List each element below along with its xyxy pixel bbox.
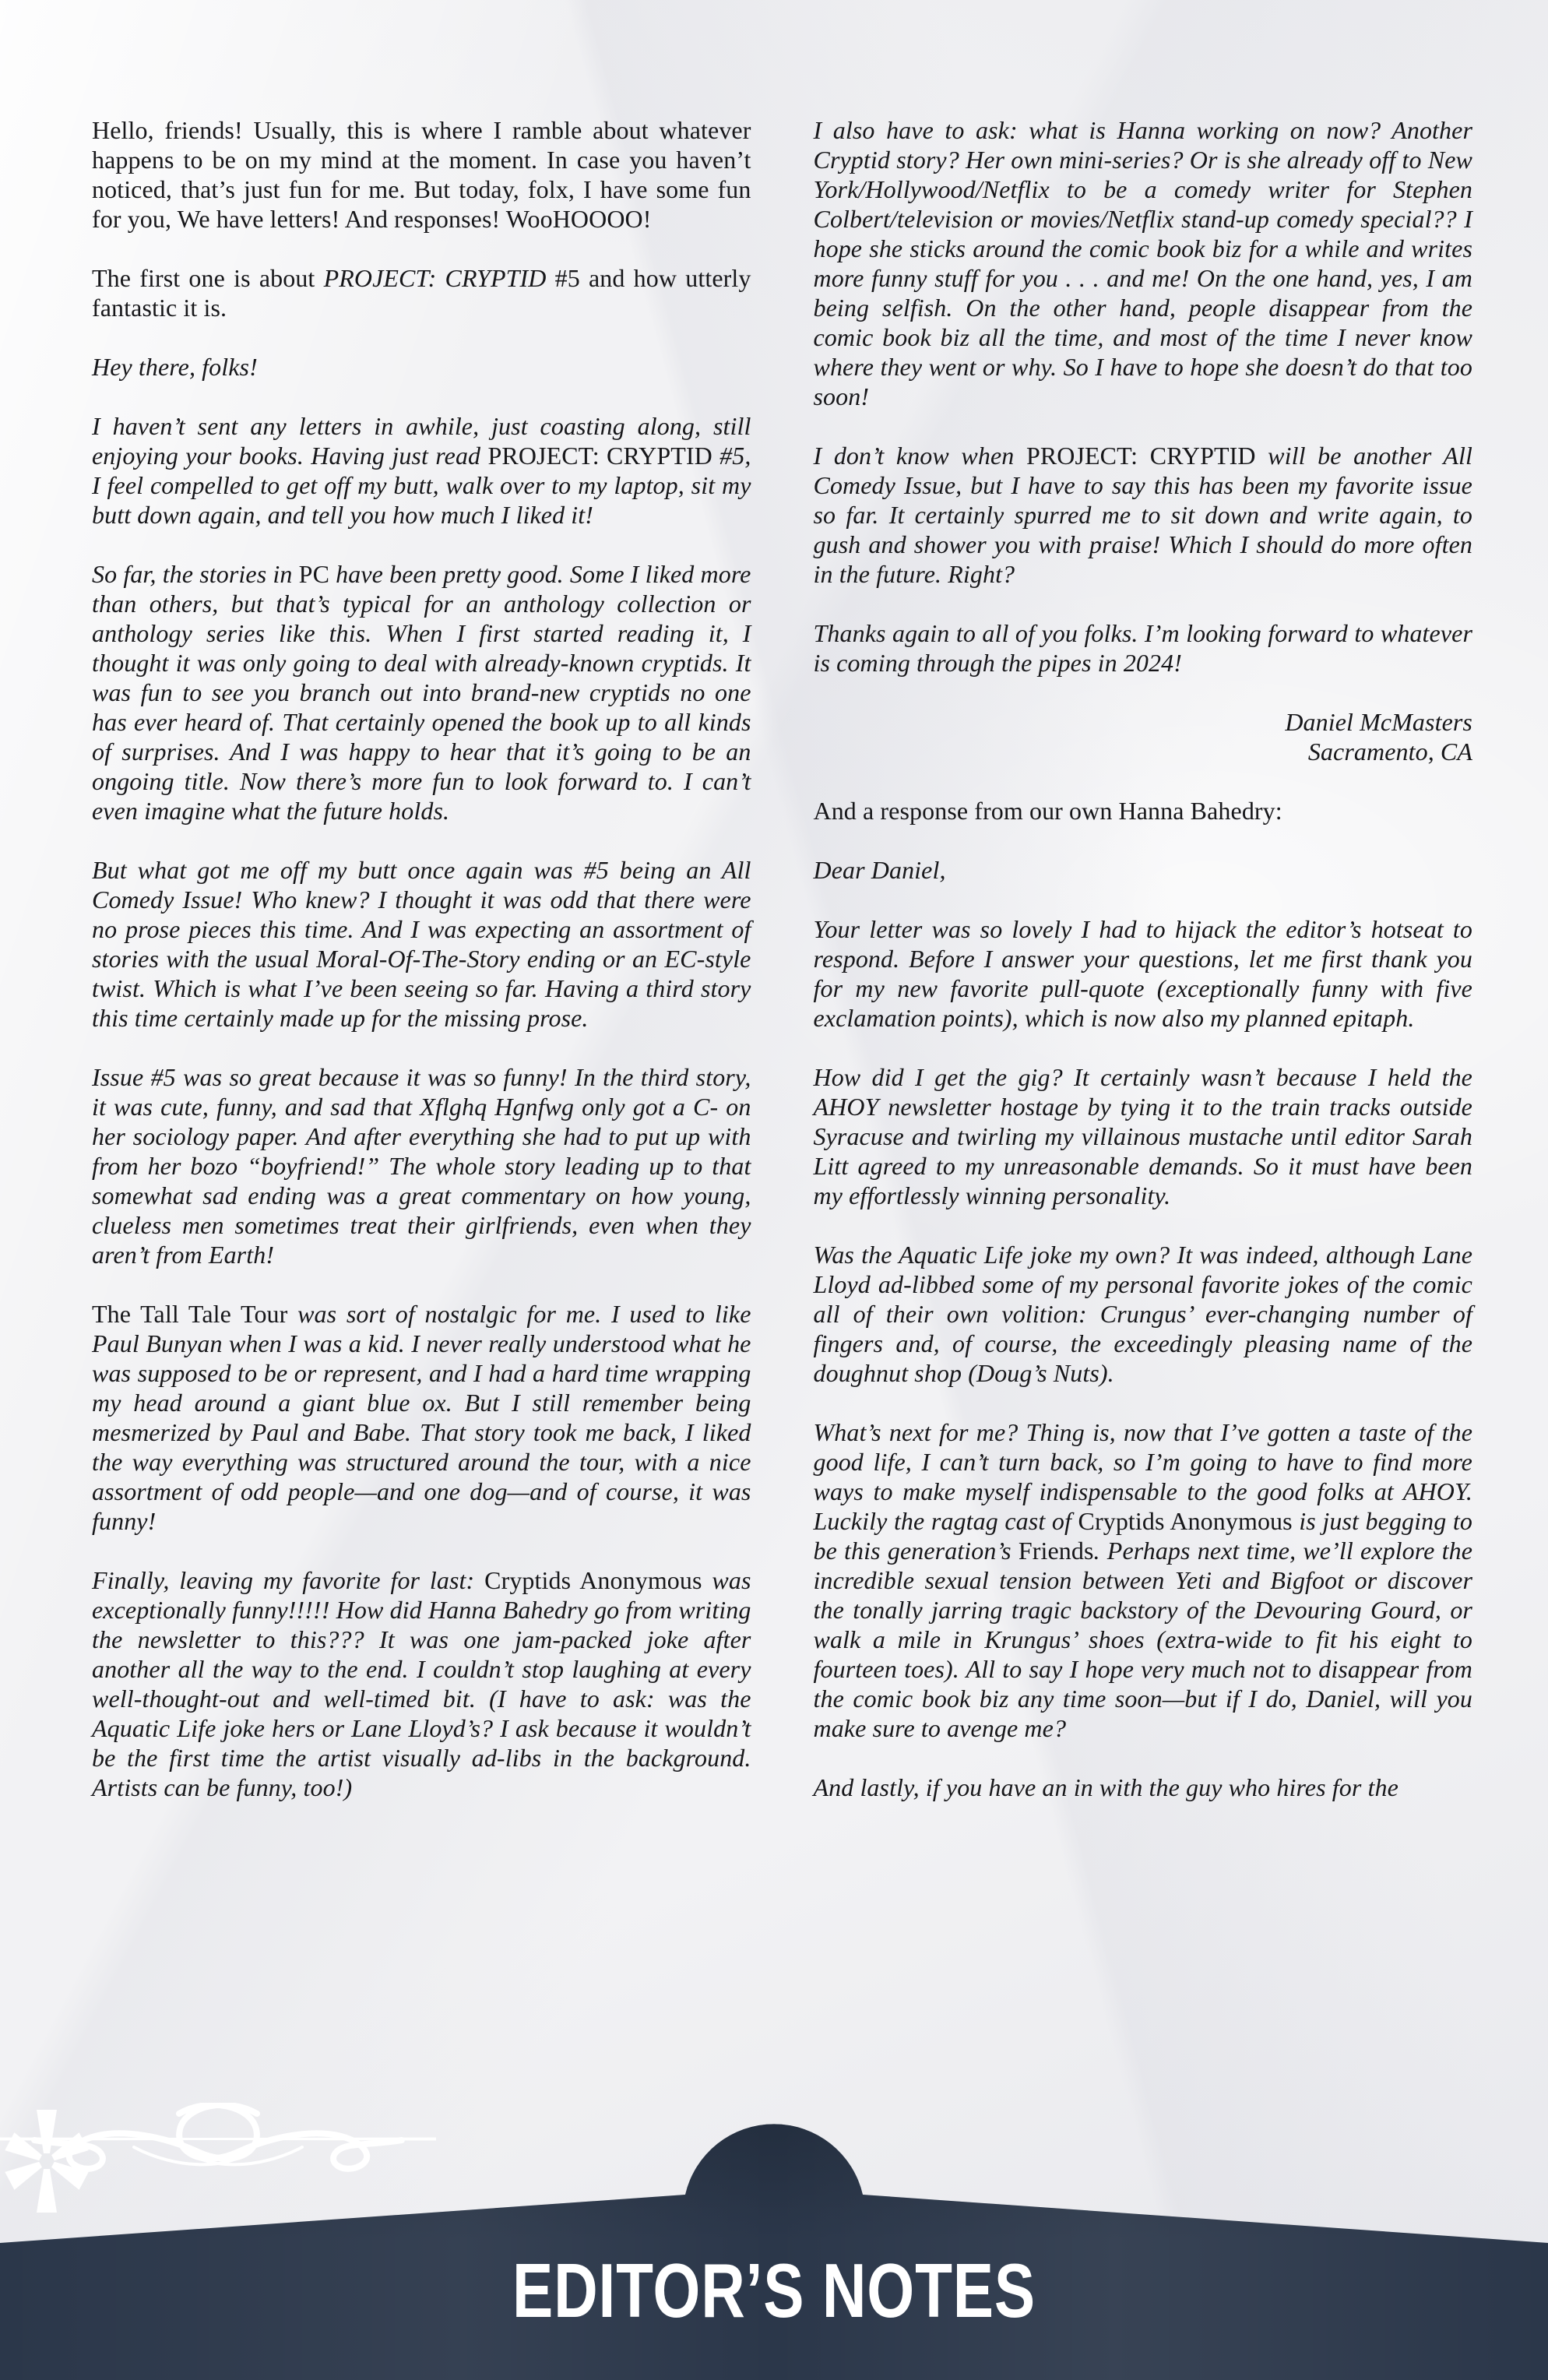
text-segment: But what got me off my butt once again w… bbox=[92, 856, 751, 1032]
text-segment: Dear Daniel, bbox=[814, 856, 946, 884]
text-segment: Sacramento, CA bbox=[1308, 738, 1472, 766]
text-segment: I don’t know when bbox=[814, 442, 1026, 470]
letters-right-column: I also have to ask: what is Hanna workin… bbox=[814, 115, 1473, 1832]
text-segment: And a response from our own Hanna Bahedr… bbox=[814, 797, 1282, 825]
text-segment: PROJECT: CRYPTID bbox=[1026, 442, 1256, 470]
text-segment: The Tall Tale Tour bbox=[92, 1300, 297, 1328]
paragraph: How did I get the gig? It certainly wasn… bbox=[814, 1062, 1473, 1210]
paragraph: I also have to ask: what is Hanna workin… bbox=[814, 115, 1473, 411]
text-segment: Hey there, folks! bbox=[92, 353, 258, 381]
text-segment: PC bbox=[299, 560, 329, 588]
text-segment: Cryptids Anonymous bbox=[484, 1566, 702, 1594]
paragraph: And lastly, if you have an in with the g… bbox=[814, 1773, 1473, 1802]
text-segment: PROJECT: CRYPTID bbox=[324, 264, 547, 292]
text-segment: I also have to ask: what is Hanna workin… bbox=[814, 116, 1473, 410]
text-segment: Daniel McMasters bbox=[1285, 708, 1472, 736]
paragraph: What’s next for me? Thing is, now that I… bbox=[814, 1417, 1473, 1743]
paragraph: I haven’t sent any letters in awhile, ju… bbox=[92, 411, 751, 530]
text-segment: Was the Aquatic Life joke my own? It was… bbox=[814, 1241, 1473, 1387]
footer-banner: EDITOR’S NOTES bbox=[0, 2103, 1548, 2380]
text-segment: So far, the stories in bbox=[92, 560, 299, 588]
text-segment: was exceptionally funny!!!!! How did Han… bbox=[92, 1566, 751, 1801]
text-segment: PROJECT: CRYPTID bbox=[487, 442, 712, 470]
editors-notes-title: EDITOR’S NOTES bbox=[155, 2252, 1393, 2329]
text-segment: The first one is about bbox=[92, 264, 324, 292]
paragraph: Hello, friends! Usually, this is where I… bbox=[92, 115, 751, 234]
letters-left-column: Hello, friends! Usually, this is where I… bbox=[92, 115, 751, 1832]
paragraph: So far, the stories in PC have been pret… bbox=[92, 559, 751, 826]
paragraph: Daniel McMasters bbox=[814, 707, 1473, 737]
text-segment: How did I get the gig? It certainly wasn… bbox=[814, 1063, 1473, 1209]
text-segment: Your letter was so lovely I had to hijac… bbox=[814, 915, 1473, 1032]
paragraph: And a response from our own Hanna Bahedr… bbox=[814, 796, 1473, 826]
paragraph: The first one is about PROJECT: CRYPTID … bbox=[92, 263, 751, 322]
paragraph: Finally, leaving my favorite for last: C… bbox=[92, 1565, 751, 1802]
text-segment: was sort of nostalgic for me. I used to … bbox=[92, 1300, 751, 1535]
text-segment: . Perhaps next time, we’ll explore the i… bbox=[814, 1537, 1473, 1742]
text-segment: Issue #5 was so great because it was so … bbox=[92, 1063, 751, 1269]
text-segment: have been pretty good. Some I liked more… bbox=[92, 560, 751, 825]
paragraph: Hey there, folks! bbox=[92, 352, 751, 382]
paragraph: Sacramento, CA bbox=[814, 737, 1473, 766]
paragraph: Dear Daniel, bbox=[814, 855, 1473, 885]
letters-columns: Hello, friends! Usually, this is where I… bbox=[92, 115, 1472, 1832]
paragraph: Issue #5 was so great because it was so … bbox=[92, 1062, 751, 1269]
paragraph: But what got me off my butt once again w… bbox=[92, 855, 751, 1033]
flourish-right-icon bbox=[0, 2103, 436, 2173]
paragraph: The Tall Tale Tour was sort of nostalgic… bbox=[92, 1299, 751, 1536]
paragraph: Thanks again to all of you folks. I’m lo… bbox=[814, 618, 1473, 678]
text-segment: Finally, leaving my favorite for last: bbox=[92, 1566, 484, 1594]
text-segment: And lastly, if you have an in with the g… bbox=[814, 1773, 1398, 1801]
page-root: { "page": { "background_color": "#f2f2f4… bbox=[0, 0, 1548, 2380]
paragraph: Your letter was so lovely I had to hijac… bbox=[814, 914, 1473, 1033]
paragraph: Was the Aquatic Life joke my own? It was… bbox=[814, 1240, 1473, 1388]
text-segment: Hello, friends! Usually, this is where I… bbox=[92, 116, 751, 233]
text-segment: Thanks again to all of you folks. I’m lo… bbox=[814, 619, 1473, 677]
paragraph: I don’t know when PROJECT: CRYPTID will … bbox=[814, 441, 1473, 589]
text-segment: Friends bbox=[1019, 1537, 1094, 1565]
text-segment: Cryptids Anonymous bbox=[1078, 1507, 1293, 1535]
